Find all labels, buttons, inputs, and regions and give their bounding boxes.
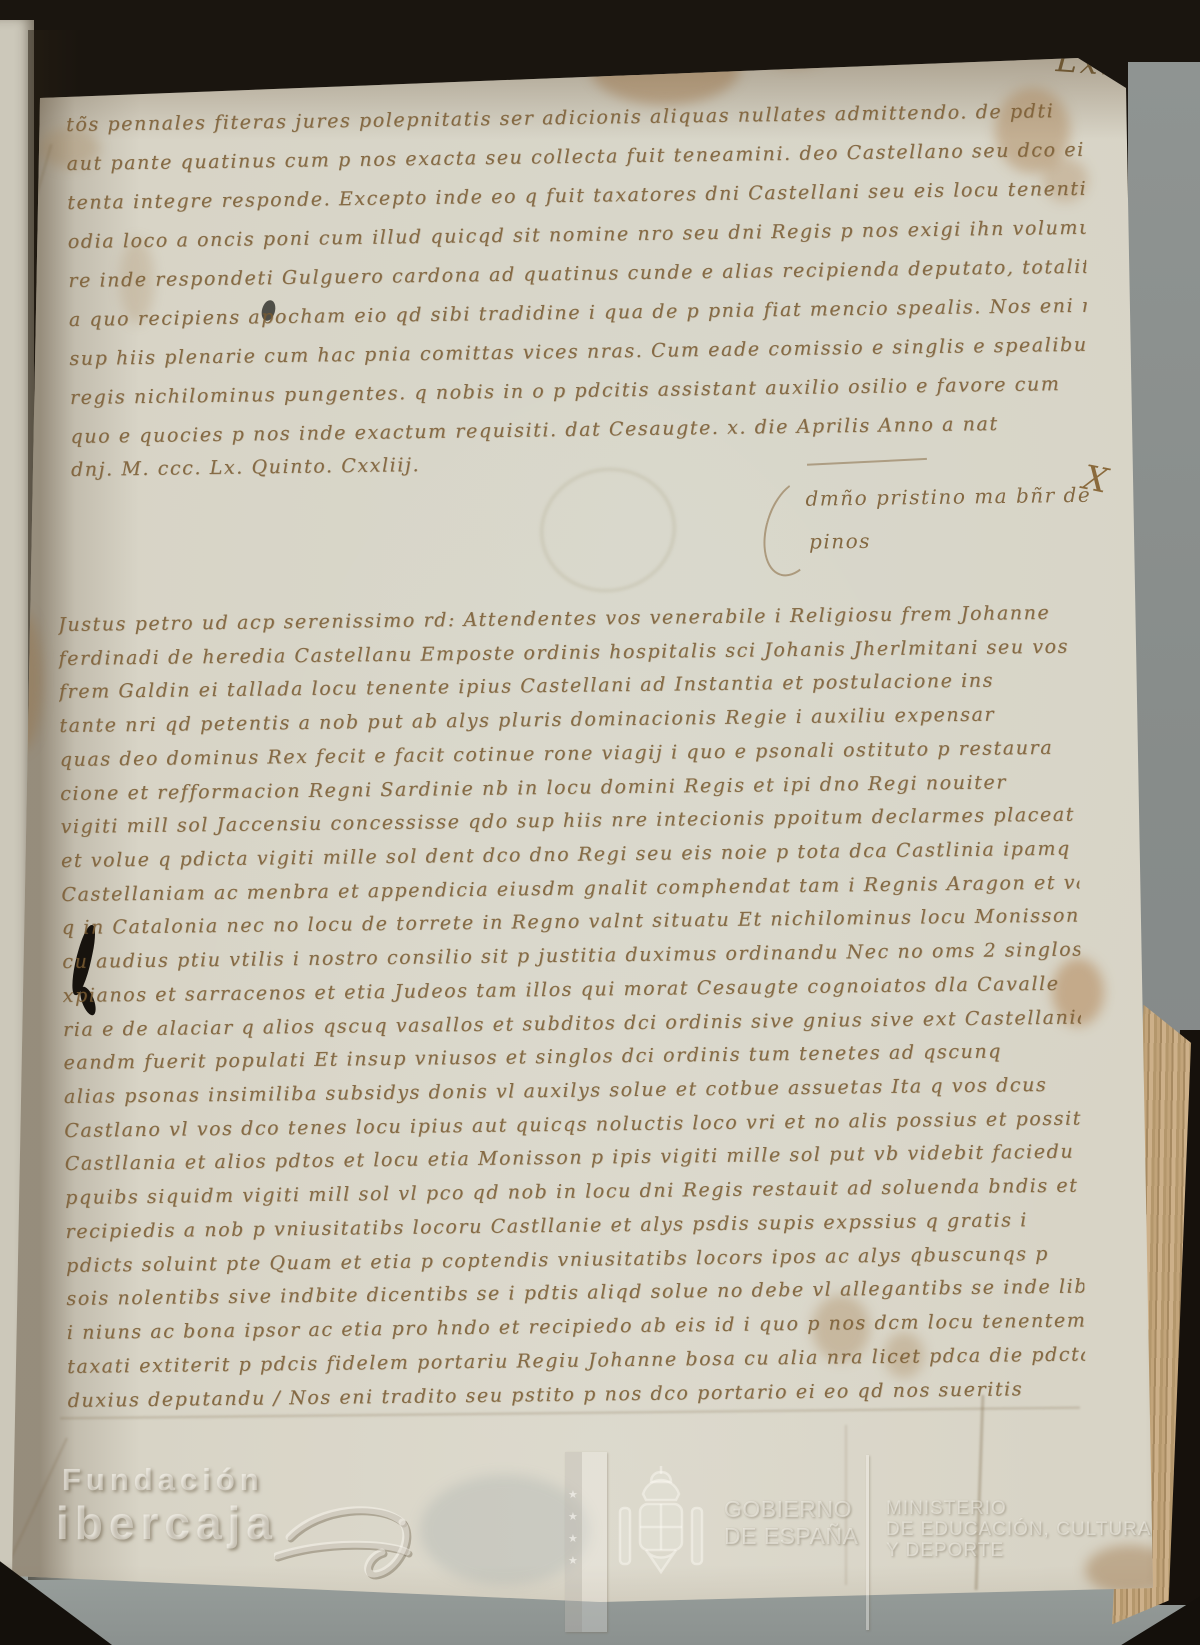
manuscript-line: pdicts soluint pte Quam et etia p copten… [66, 1243, 1049, 1277]
fundacion-watermark-text: Fundación [62, 1462, 264, 1498]
manuscript-line: cu audius ptiu vtilis i nostro consilio … [62, 939, 1080, 973]
scanned-manuscript-photo: Lxiij tõs pennales fiteras jures polepni… [0, 0, 1200, 1645]
manuscript-line: quas deo dominus Rex fecit e facit cotin… [60, 737, 1054, 771]
manuscript-line: Castllania et alios pdtos et locu etia M… [65, 1141, 1075, 1175]
spain-coat-of-arms-icon [610, 1464, 712, 1582]
manuscript-line: Castellaniam ac menbra et appendicia eiu… [61, 872, 1079, 906]
manuscript-line: eandm fuerit populati Et insup vniusos e… [63, 1041, 1002, 1074]
manuscript-line: taxati extiterit p pdcis fidelem portari… [67, 1344, 1085, 1378]
star-icon: ★ [568, 1532, 578, 1545]
manuscript-paragraph-2: Justus petro ud acp serenissimo rd: Atte… [58, 599, 1100, 1432]
marginal-note-line: dmño pristino ma bñr de [805, 483, 1091, 511]
manuscript-line: pquibs siquidm vigiti mill sol vl pco qd… [65, 1175, 1079, 1209]
manuscript-line: xpianos et sarracenos et etia Judeos tam… [63, 973, 1060, 1007]
manuscript-line: odia loco a oncis poni cum illud quicqd … [68, 217, 1086, 253]
ministerio-watermark-line1: MINISTERIO [886, 1498, 1007, 1520]
ministerio-watermark-line3: Y DEPORTE [886, 1540, 1004, 1562]
manuscript-line: recipiedis a nob p vniusitatibs locoru C… [65, 1209, 1028, 1243]
manuscript-line: vigiti mill sol Jaccensiu concessisse qd… [60, 804, 1078, 838]
star-icon: ★ [568, 1488, 578, 1501]
manuscript-line: re inde respondeti Gulguero cardona ad q… [68, 256, 1086, 292]
manuscript-line: q in Catalonia nec no locu de torrete in… [62, 905, 1080, 939]
stain [760, 22, 830, 67]
star-icon: ★ [568, 1510, 578, 1523]
manuscript-line: sup hiis plenarie cum hac pnia comittas … [69, 334, 1087, 370]
stain [590, 30, 740, 105]
manuscript-line: aut pante quatinus cum p nos exacta seu … [67, 139, 1085, 175]
marginal-note-line: pinos [809, 529, 871, 554]
manuscript-line: regis nichilominus pungentes. q nobis in… [70, 373, 1061, 409]
watermark-divider-line [866, 1455, 869, 1630]
star-icon: ★ [568, 1554, 578, 1567]
ibercaja-swoosh-icon [274, 1492, 414, 1582]
manuscript-line: sois nolentibs sive indbite dicentibs se… [66, 1276, 1084, 1310]
manuscript-line: Castlano vl vos dco tenes locu ipius aut… [64, 1108, 1082, 1142]
manuscript-line: cione et refformacion Regni Sardinie nb … [60, 771, 1007, 805]
gobierno-watermark-line2: DE ESPAÑA [724, 1523, 858, 1550]
manuscript-line: ria e de alaciar q alios qscuq vasallos … [63, 1007, 1081, 1041]
manuscript-line: alias psonas insimiliba subsidys donis v… [64, 1074, 1048, 1108]
manuscript-line: frem Galdin ei tallada locu tenente ipiu… [59, 670, 994, 703]
manuscript-dateline: dnj. M. ccc. Lx. Quinto. Cxxliij. [71, 454, 420, 481]
manuscript-line: tenta integre responde. Excepto inde eo … [67, 178, 1085, 214]
ibercaja-watermark-text: ibercaja [56, 1496, 278, 1550]
manuscript-paragraph-1: tõs pennales fiteras jures polepnitatis … [66, 98, 1089, 592]
manuscript-line: a quo recipiens apocham eio qd sibi trad… [69, 295, 1087, 331]
ink-flourish [807, 458, 927, 466]
stain [910, 5, 1030, 47]
manuscript-line: i niuns ac bona ipsor ac etia pro hndo e… [67, 1310, 1085, 1344]
spain-flag-watermark: ★ ★ ★ ★ [565, 1452, 607, 1632]
manuscript-line: duxius deputandu / Nos eni tradito seu p… [68, 1378, 1024, 1412]
manuscript-line: et volue q pdicta vigiti mille sol dent … [61, 838, 1071, 872]
gobierno-watermark-line1: GOBIERNO [724, 1496, 852, 1523]
manuscript-line: ferdinadi de heredia Castellanu Emposte … [58, 636, 1069, 670]
ministerio-watermark-line2: DE EDUCACIÓN, CULTURA [886, 1519, 1152, 1541]
manuscript-line: tante nri qd petentis a nob put ab alys … [59, 704, 995, 737]
manuscript-line: quo e quocies p nos inde exactum requisi… [70, 413, 998, 448]
manuscript-page: Lxiij tõs pennales fiteras jures polepni… [0, 0, 1200, 1645]
